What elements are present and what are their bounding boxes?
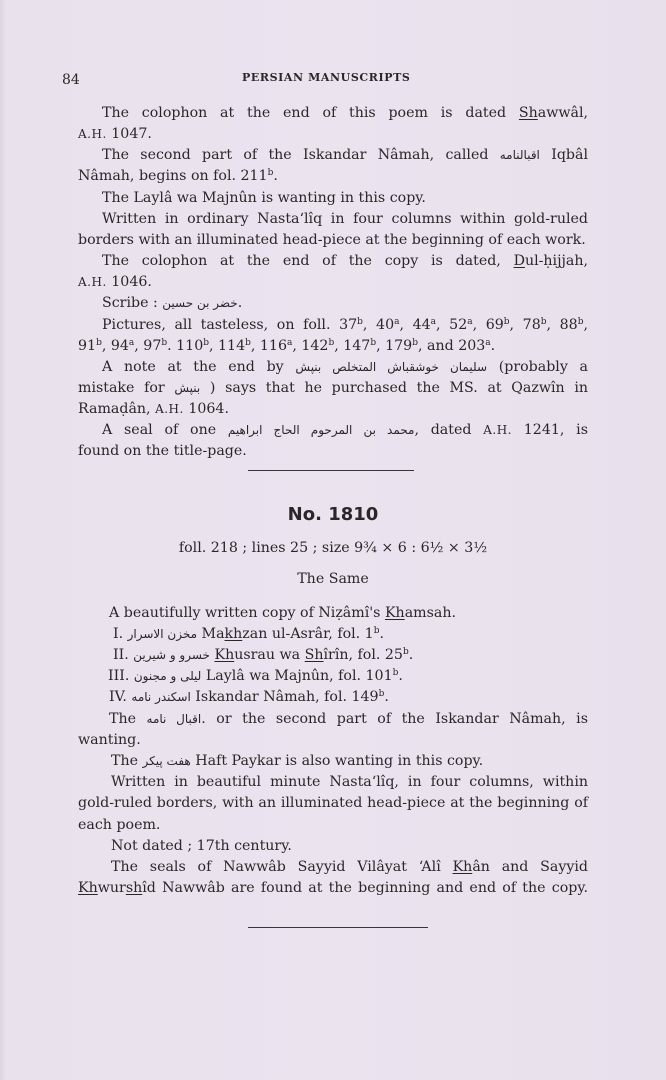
previous-entry-line: Pictures, all tasteless, on foll. 37b, 4… — [102, 316, 588, 334]
text: Iskandar Nâmah, fol. 149 — [191, 689, 379, 705]
text: Laylâ wa Majnûn, fol. 101 — [201, 668, 392, 684]
text: A beautifully written copy of Niẓâmî's — [109, 605, 385, 621]
text: Haft Paykar is also wanting in this copy… — [191, 753, 483, 769]
entry-line: II. خسرو و شیرین Khusrau wa Shîrîn, fol.… — [113, 646, 413, 664]
text: sh — [126, 880, 142, 896]
small-caps-text: A.H. — [483, 423, 512, 437]
text: , 52 — [436, 317, 467, 333]
text: Kh — [385, 605, 405, 621]
text: The colophon at the end of the copy is d… — [102, 253, 514, 269]
persian-text: بنپش — [174, 381, 200, 395]
section-divider-bottom — [248, 927, 428, 928]
text: , and 203 — [418, 338, 485, 354]
text: ul-ḥijjah, — [525, 253, 588, 269]
previous-entry-line: Ramaḍân, A.H. 1064. — [78, 400, 229, 418]
persian-text: محمد بن المرحوم الحاج ابراهیم — [228, 423, 415, 437]
previous-entry-line: A.H. 1047. — [78, 125, 152, 143]
text: gold-ruled borders, with an illuminated … — [78, 795, 588, 811]
text: . or the second part of the Iskandar Nâm… — [201, 711, 588, 727]
text: I. — [113, 626, 128, 642]
text: Kh — [214, 647, 234, 663]
previous-entry-line: mistake for بنپش ) says that he purchase… — [78, 379, 588, 397]
entry-line: Written in beautiful minute Nasta‘lîq, i… — [111, 773, 588, 791]
previous-entry-line: Written in ordinary Nasta‘lîq in four co… — [102, 210, 588, 228]
text: , dated — [414, 422, 483, 438]
persian-text: خضر بن حسین — [162, 296, 237, 310]
entry-line: wanting. — [78, 731, 141, 749]
text: Pictures, all tasteless, on foll. 37 — [102, 317, 357, 333]
text: III. — [108, 668, 134, 684]
text: The — [111, 753, 143, 769]
text: . 110 — [167, 338, 203, 354]
text: mistake for — [78, 380, 174, 396]
text: Ma — [197, 626, 225, 642]
text: , 69 — [473, 317, 504, 333]
text: The second part of the Iskandar Nâmah, c… — [102, 147, 500, 163]
text: , 94 — [102, 338, 129, 354]
persian-text: خسرو و شیرین — [133, 648, 210, 662]
text: . — [273, 168, 278, 184]
previous-entry-line: The Laylâ wa Majnûn is wanting in this c… — [102, 189, 426, 207]
text: Scribe : — [102, 295, 162, 311]
previous-entry-line: borders with an illuminated head-piece a… — [78, 231, 586, 249]
entry-collation: foll. 218 ; lines 25 ; size 9¾ × 6 : 6½ … — [0, 540, 666, 556]
text: ân and Sayyid — [472, 859, 588, 875]
text: Written in ordinary Nasta‘lîq in four co… — [102, 211, 588, 227]
text: 1046. — [107, 274, 152, 290]
text: zan ul-Asrâr, fol. 1 — [242, 626, 373, 642]
text: A note at the end by — [102, 359, 295, 375]
previous-entry-line: Nâmah, begins on fol. 211b. — [78, 167, 278, 185]
text: , 114 — [209, 338, 245, 354]
persian-text: مخزن الاسرار — [128, 627, 197, 641]
previous-entry-line: Scribe : خضر بن حسین. — [102, 294, 242, 312]
previous-entry-line: 91b, 94a, 97b. 110b, 114b, 116a, 142b, 1… — [78, 337, 495, 355]
text: 1241, is — [512, 422, 588, 438]
text: IV. — [109, 689, 131, 705]
text: Not dated ; 17th century. — [111, 838, 292, 854]
persian-text: سلیمان خوشقباش المتخلص بنپش — [295, 360, 487, 374]
persian-text: لیلی و مجنون — [134, 669, 201, 683]
text: . — [409, 647, 414, 663]
entry-line: I. مخزن الاسرار Makhzan ul-Asrâr, fol. 1… — [113, 625, 384, 643]
small-caps-text: A.H. — [78, 275, 107, 289]
text: 1047. — [107, 126, 152, 142]
page-number: 84 — [62, 71, 80, 89]
text: wur — [98, 880, 126, 896]
book-page: 84 PERSIAN MANUSCRIPTS The colophon at t… — [0, 0, 666, 1080]
text: . — [379, 626, 384, 642]
text: II. — [113, 647, 133, 663]
text: îd Nawwâb are found at the beginning and… — [142, 880, 588, 896]
text: . — [238, 295, 243, 311]
text: The — [109, 711, 147, 727]
entry-number: No. 1810 — [0, 504, 666, 525]
text: each poem. — [78, 817, 160, 833]
text: , 116 — [251, 338, 287, 354]
entry-line: Not dated ; 17th century. — [111, 837, 292, 855]
text: ) says that he purchased the MS. at Qazw… — [200, 380, 588, 396]
persian-text: اقبالنامه — [500, 148, 540, 162]
entry-line: each poem. — [78, 816, 160, 834]
previous-entry-line: A seal of one محمد بن المرحوم الحاج ابرا… — [102, 421, 588, 439]
entry-line: A beautifully written copy of Niẓâmî's K… — [109, 604, 456, 622]
text: found on the title-page. — [78, 443, 247, 459]
entry-line: gold-ruled borders, with an illuminated … — [78, 794, 588, 812]
text: îrîn, fol. 25 — [324, 647, 403, 663]
text: The Laylâ wa Majnûn is wanting in this c… — [102, 190, 426, 206]
section-divider-top — [248, 470, 414, 471]
text: awwâl, — [538, 105, 588, 121]
text: , — [583, 317, 588, 333]
text: Iqbâl — [540, 147, 588, 163]
text: , 40 — [363, 317, 394, 333]
text: usrau wa — [234, 647, 304, 663]
previous-entry-line: A.H. 1046. — [78, 273, 152, 291]
text: (probably a — [487, 359, 588, 375]
running-head: PERSIAN MANUSCRIPTS — [242, 69, 410, 87]
text: Sh — [519, 105, 538, 121]
text: , 142 — [292, 338, 328, 354]
text: , 78 — [510, 317, 541, 333]
text: , 88 — [547, 317, 578, 333]
entry-line: IV. اسکندر نامه Iskandar Nâmah, fol. 149… — [109, 688, 389, 706]
entry-line: The seals of Nawwâb Sayyid Vilâyat ‘Alî … — [111, 858, 588, 876]
text: Ramaḍân, — [78, 401, 155, 417]
entry-line: III. لیلی و مجنون Laylâ wa Majnûn, fol. … — [108, 667, 403, 685]
text: Kh — [453, 859, 473, 875]
text: A seal of one — [102, 422, 228, 438]
text: . — [491, 338, 496, 354]
entry-line: Khwurshîd Nawwâb are found at the beginn… — [78, 879, 588, 897]
small-caps-text: A.H. — [78, 127, 107, 141]
previous-entry-line: A note at the end by سلیمان خوشقباش المت… — [102, 358, 588, 376]
entry-line: The اقبال نامه. or the second part of th… — [109, 710, 588, 728]
previous-entry-line: The colophon at the end of the copy is d… — [102, 252, 588, 270]
text: . — [384, 689, 389, 705]
text: , 147 — [334, 338, 370, 354]
text: . — [398, 668, 403, 684]
text: Written in beautiful minute Nasta‘lîq, i… — [111, 774, 588, 790]
entry-title: The Same — [0, 571, 666, 587]
text: , 44 — [399, 317, 430, 333]
text: amsah. — [405, 605, 456, 621]
text: Kh — [78, 880, 98, 896]
text: Nâmah, begins on fol. 211 — [78, 168, 268, 184]
text: 1064. — [184, 401, 229, 417]
text: 91 — [78, 338, 96, 354]
text: , 179 — [376, 338, 412, 354]
text: , 97 — [134, 338, 161, 354]
previous-entry-line: The colophon at the end of this poem is … — [102, 104, 588, 122]
persian-text: اقبال نامه — [147, 712, 202, 726]
previous-entry-line: The second part of the Iskandar Nâmah, c… — [102, 146, 588, 164]
previous-entry-line: found on the title-page. — [78, 442, 247, 460]
small-caps-text: A.H. — [155, 402, 184, 416]
text: The seals of Nawwâb Sayyid Vilâyat ‘Alî — [111, 859, 453, 875]
text: Sh — [305, 647, 324, 663]
text: The colophon at the end of this poem is … — [102, 105, 519, 121]
text: D — [514, 253, 525, 269]
text: borders with an illuminated head-piece a… — [78, 232, 586, 248]
text: wanting. — [78, 732, 141, 748]
entry-line: The هفت پیکر Haft Paykar is also wanting… — [111, 752, 483, 770]
persian-text: اسکندر نامه — [131, 690, 190, 704]
text: kh — [225, 626, 243, 642]
persian-text: هفت پیکر — [143, 754, 191, 768]
